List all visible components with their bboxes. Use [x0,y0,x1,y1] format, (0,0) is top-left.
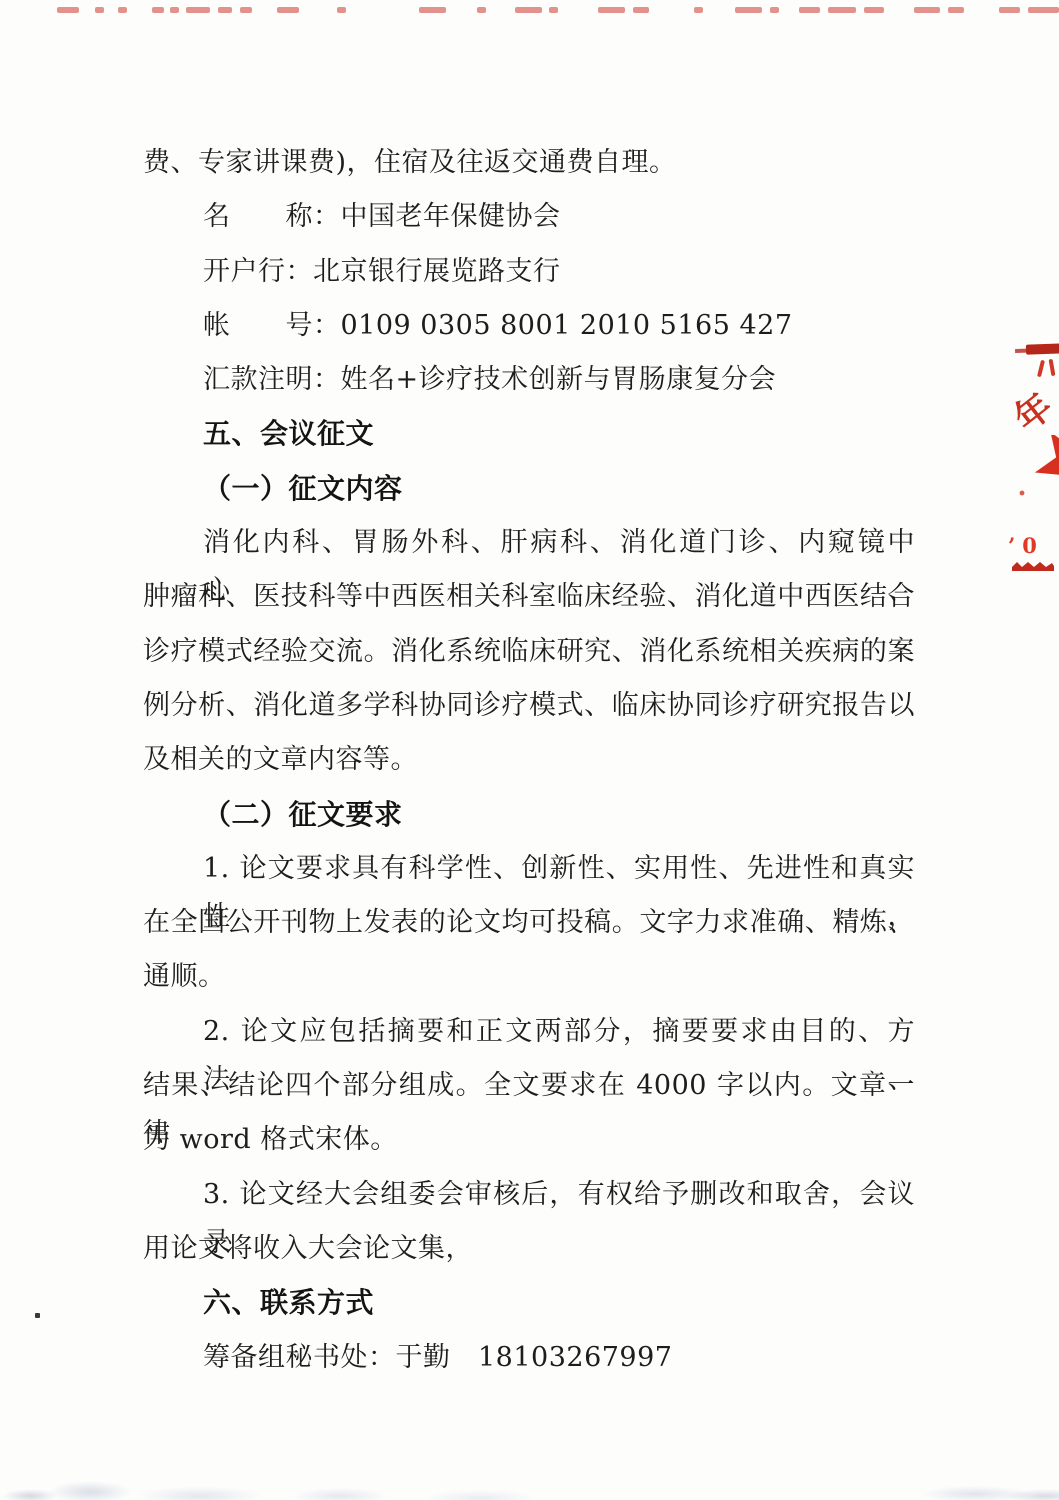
top-stamp-dash [95,7,104,13]
top-stamp-dash [633,7,649,13]
top-stamp-dash [218,7,232,13]
top-stamp-dash [277,7,299,13]
top-stamp-dash [152,7,164,13]
top-stamp-dash [477,7,486,13]
seal-fragment: 年 ’0 2 [1000,335,1059,580]
star-icon [1013,435,1059,503]
line-req-1c: 通顺。 [143,953,915,1007]
line-req-2b: 结果、结论四个部分组成。全文要求在 4000 字以内。文章一律 [143,1062,915,1116]
top-stamp-dash [515,7,542,13]
top-stamp-dash [549,7,558,13]
top-stamp-dash [948,7,964,13]
line-fee-note-cont: 费、专家讲课费)，住宿及往返交通费自理。 [143,139,915,193]
top-stamp-marks [0,0,1059,22]
seal-tick-stroke [1037,360,1045,377]
top-stamp-dash [828,7,856,13]
line-contact: 筹备组秘书处：于勤 18103267997 [143,1334,915,1388]
line-bank-branch: 开户行：北京银行展览路支行 [143,248,915,302]
line-content-1: 消化内科、胃肠外科、肝病科、消化道门诊、内窥镜中心、 [143,519,915,573]
line-content-4: 例分析、消化道多学科协同诊疗模式、临床协同诊疗研究报告以 [143,682,915,736]
seal-year-digits: ’0 2 [1008,533,1059,558]
top-stamp-dash [914,7,940,13]
top-stamp-dash [799,7,820,13]
seal-bar-bottom [1012,557,1054,576]
top-stamp-dash [118,7,127,13]
heading-section-6: 六、联系方式 [143,1279,915,1333]
heading-section-5-2: （二）征文要求 [143,791,915,845]
seal-tick-stroke [1049,359,1056,376]
line-req-3b: 用论文将收入大会论文集， [143,1225,915,1279]
seal-bar-top [1026,343,1059,354]
top-stamp-dash [57,7,79,13]
line-req-3a: 3. 论文经大会组委会审核后，有权给予删改和取舍，会议录 [143,1171,915,1225]
top-stamp-dash [1028,7,1059,13]
top-stamp-dash [598,7,625,13]
bottom-edge-smudge [855,1472,1059,1500]
line-content-3: 诊疗模式经验交流。消化系统临床研究、消化系统相关疾病的案 [143,628,915,682]
ink-speck [35,1313,40,1318]
top-stamp-dash [864,7,884,13]
top-stamp-dash [999,7,1020,13]
line-req-2c: 为 word 格式宋体。 [143,1116,915,1170]
top-stamp-dash [337,7,346,13]
bottom-edge-smudge [0,1466,580,1500]
line-req-1a: 1. 论文要求具有科学性、创新性、实用性、先进性和真实性， [143,845,915,899]
top-stamp-dash [770,7,779,13]
scanned-document-page: 费、专家讲课费)，住宿及往返交通费自理。名 称：中国老年保健协会开户行：北京银行… [0,0,1059,1500]
top-stamp-dash [186,7,210,13]
top-stamp-dash [694,7,703,13]
line-account-number: 帐 号：0109 0305 8001 2010 5165 427 [143,302,915,356]
top-stamp-dash [240,7,252,13]
seal-year-character: 年 [1002,379,1059,441]
heading-section-5: 五、会议征文 [143,410,915,464]
line-content-2: 肿瘤科、医技科等中西医相关科室临床经验、消化道中西医结合 [143,573,915,627]
document-lines: 费、专家讲课费)，住宿及往返交通费自理。名 称：中国老年保健协会开户行：北京银行… [143,139,915,1388]
line-req-2a: 2. 论文应包括摘要和正文两部分，摘要要求由目的、方法、 [143,1008,915,1062]
line-remittance-note: 汇款注明：姓名+诊疗技术创新与胃肠康复分会 [143,356,915,410]
top-stamp-dash [170,7,179,13]
top-stamp-dash [735,7,762,13]
heading-section-5-1: （一）征文内容 [143,465,915,519]
line-content-5: 及相关的文章内容等。 [143,736,915,790]
top-stamp-dash [419,7,446,13]
line-req-1b: 在全国公开刊物上发表的论文均可投稿。文字力求准确、精炼、 [143,899,915,953]
line-account-name: 名 称：中国老年保健协会 [143,193,915,247]
